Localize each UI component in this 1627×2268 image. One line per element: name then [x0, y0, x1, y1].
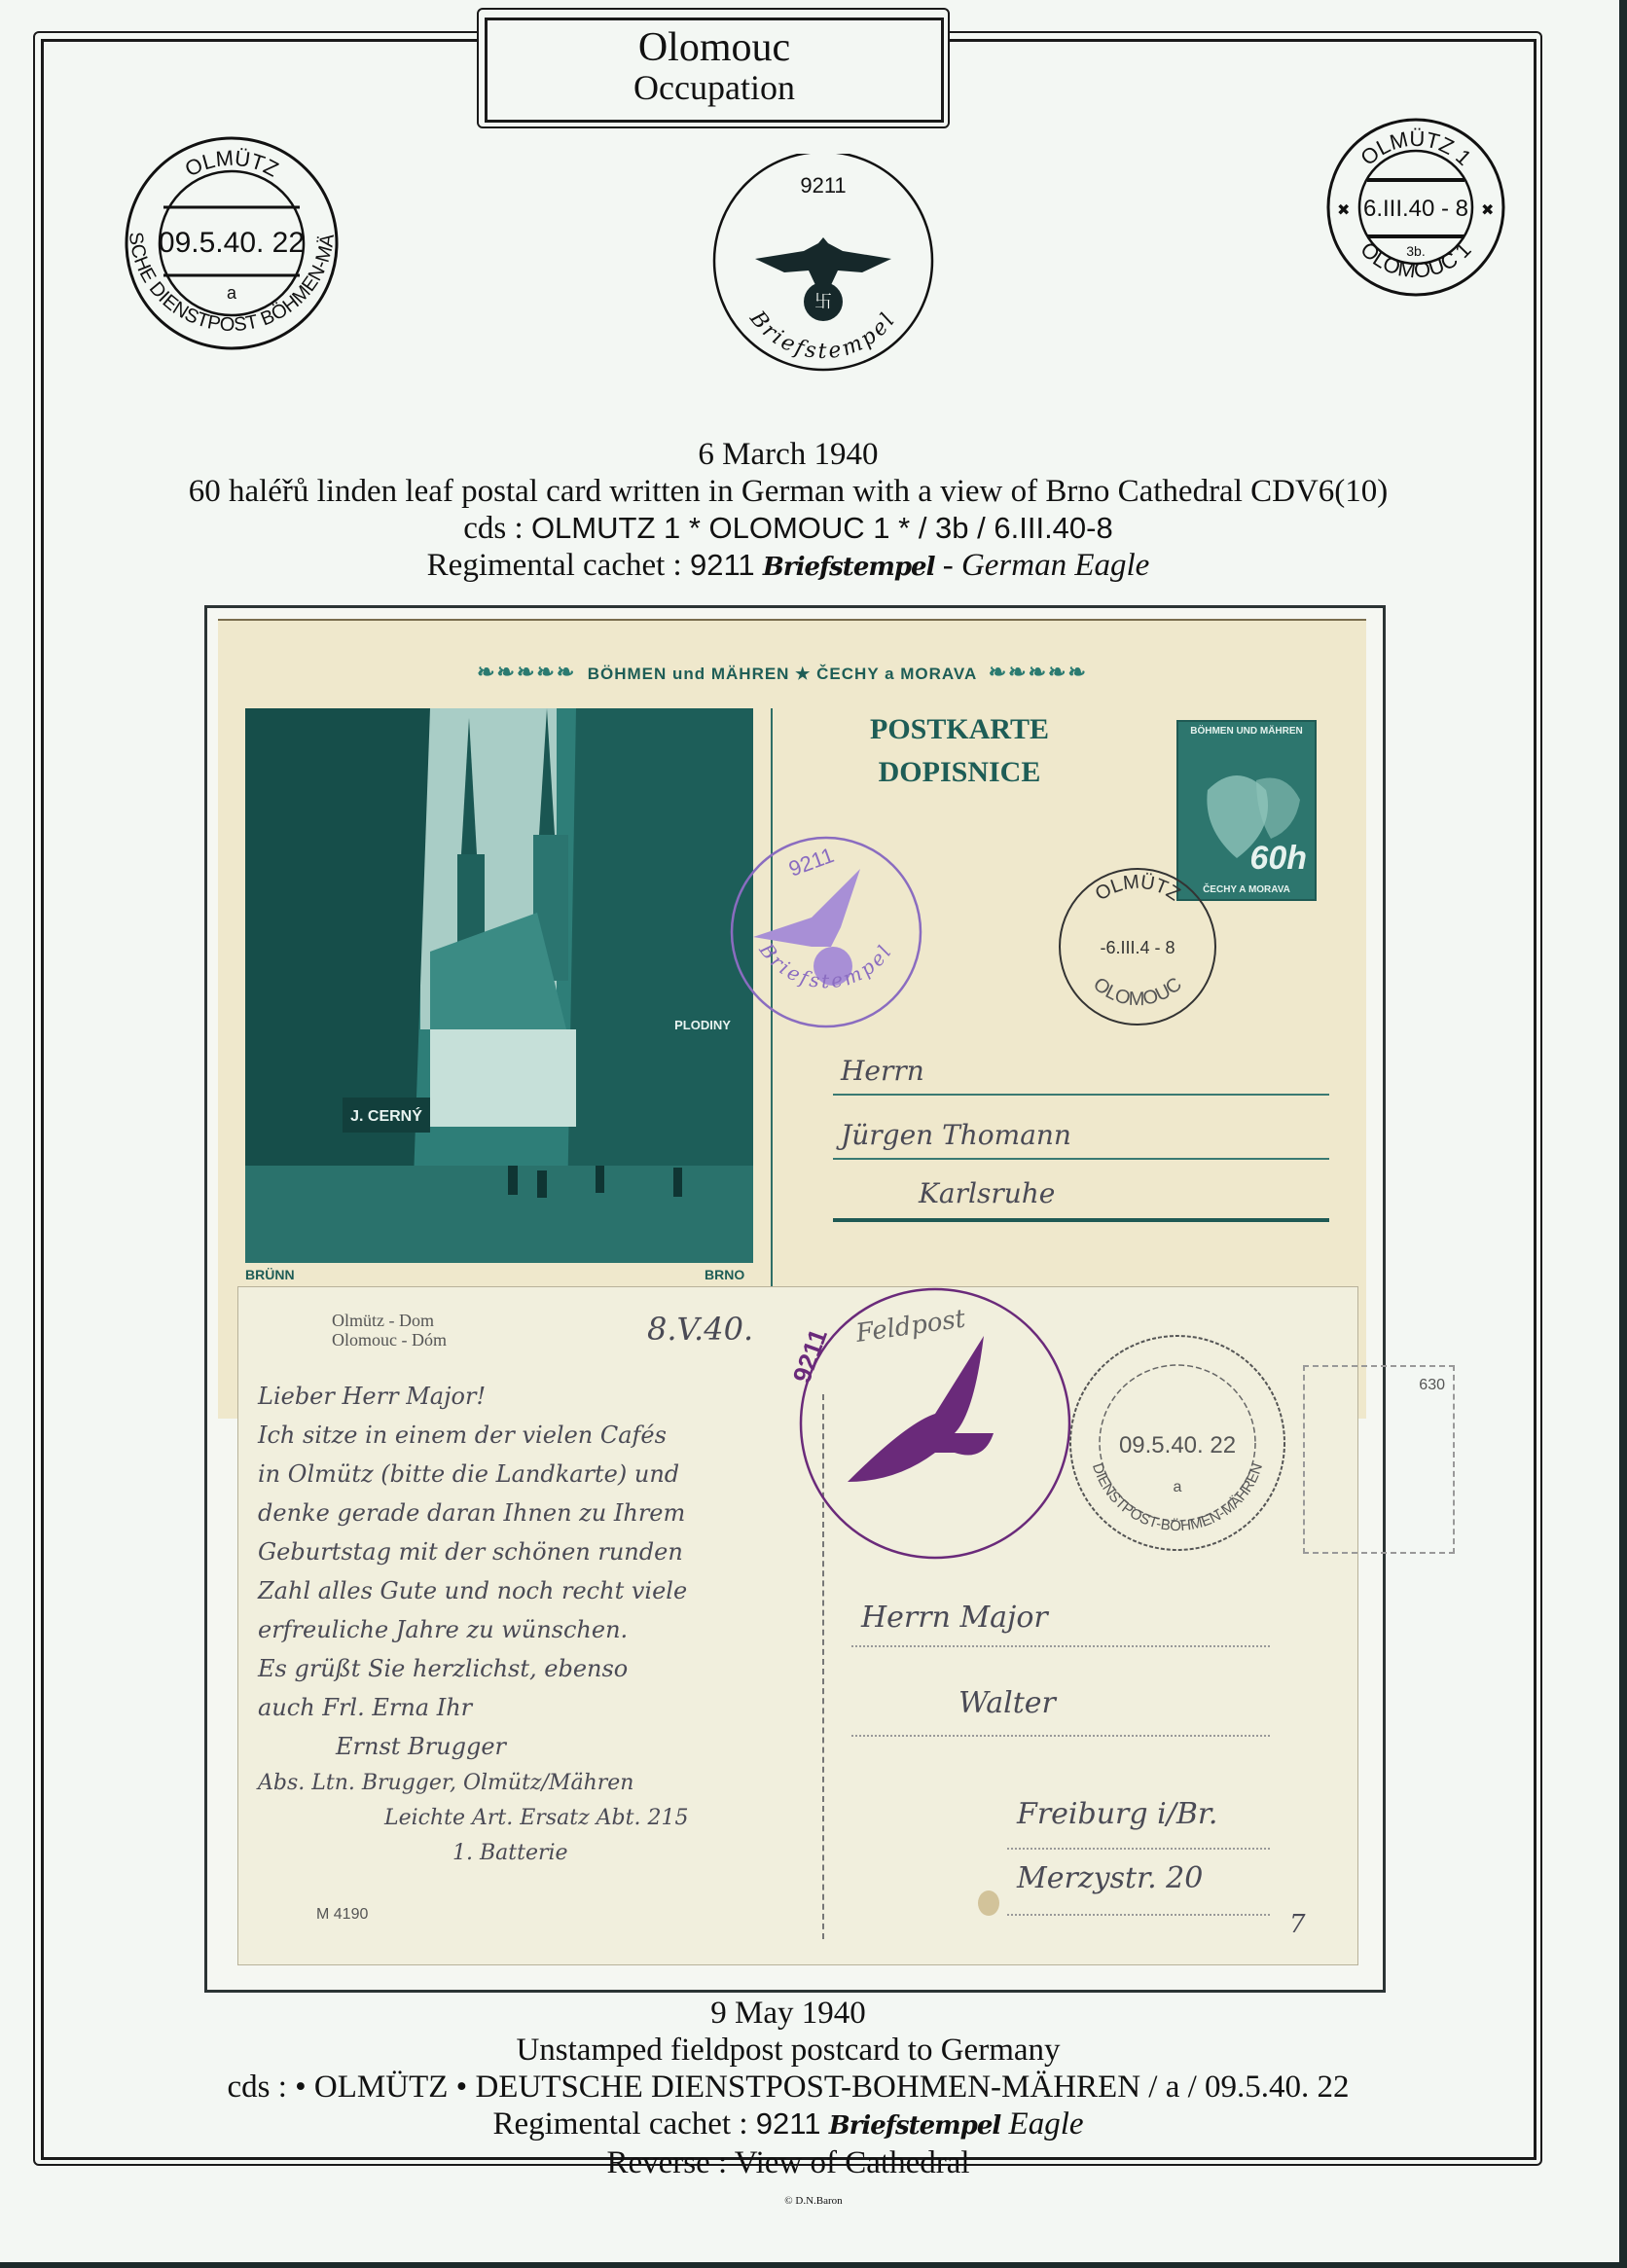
page-edge	[0, 2262, 1627, 2268]
svg-text:09.5.40. 22: 09.5.40. 22	[159, 227, 305, 259]
address-rule	[851, 1735, 1270, 1737]
title-line-1: Olomouc	[488, 26, 941, 69]
caption-description: Unstamped fieldpost postcard to Germany	[58, 2032, 1518, 2069]
message-line: 1. Batterie	[258, 1836, 822, 1871]
caption-cachet: Regimental cachet : 9211 Briefstempel Ea…	[58, 2106, 1518, 2144]
svg-text:-6.III.4 - 8: -6.III.4 - 8	[1100, 938, 1175, 957]
postmark-dienstpost: 09.5.40. 22 a DIENSTPOST-BÖHMEN-MÄHREN	[1061, 1326, 1294, 1560]
cathedral-photo: J. CERNÝ PLODINY	[245, 708, 753, 1263]
svg-text:3b.: 3b.	[1406, 243, 1425, 259]
postmark-illustration-left: OLMÜTZ DEUTSCHE DIENSTPOST BÖHMEN-MÄHREN…	[86, 131, 378, 355]
caption-cds: cds : • OLMÜTZ • DEUTSCHE DIENSTPOST-BOH…	[58, 2069, 1518, 2106]
address-line-4: Merzystr. 20	[1017, 1861, 1203, 1895]
postmark-olmutz-1: OLMÜTZ -6.III.4 - 8 OLOMOUC	[1055, 864, 1220, 1029]
address-rule	[1007, 1848, 1270, 1850]
address-line-3: Freiburg i/Br.	[1017, 1797, 1217, 1831]
svg-text:a: a	[1174, 1479, 1182, 1495]
title-line-2: Occupation	[488, 69, 941, 106]
page-edge	[1619, 0, 1627, 2268]
svg-text:OLMÜTZ: OLMÜTZ	[181, 146, 282, 182]
caption-reverse: Reverse : View of Cathedral	[58, 2144, 1518, 2181]
message-line: Zahl alles Gute und noch recht viele	[258, 1571, 822, 1610]
address-rule	[1007, 1914, 1270, 1916]
address-rule	[833, 1158, 1329, 1160]
caption-description: 60 haléřů linden leaf postal card writte…	[58, 473, 1518, 510]
svg-text:9211: 9211	[789, 1325, 833, 1386]
svg-text:J. CERNÝ: J. CERNÝ	[350, 1106, 422, 1125]
caption-cds: cds : OLMUTZ 1 * OLOMOUC 1 * / 3b / 6.II…	[58, 510, 1518, 547]
address-line-2: Walter	[958, 1686, 1056, 1720]
svg-text:✖: ✖	[1481, 202, 1494, 219]
copyright: © D.N.Baron	[0, 2195, 1627, 2207]
caption-card-2: 9 May 1940 Unstamped fieldpost postcard …	[58, 1995, 1518, 2181]
svg-text:卐: 卐	[814, 292, 832, 312]
cachet-9211-violet: 9211 Briefstempel	[724, 830, 928, 1034]
message-line: Lieber Herr Major!	[258, 1377, 822, 1416]
message-line: erfreuliche Jahre zu wünschen.	[258, 1610, 822, 1649]
svg-text:09.5.40. 22: 09.5.40. 22	[1119, 1432, 1236, 1458]
address-rule	[833, 1094, 1329, 1096]
cachet-9211-purple: 9211 Feldpost	[789, 1287, 1071, 1569]
address-line-1: Herrn Major	[861, 1601, 1048, 1635]
photo-caption-right: BRNO	[705, 1267, 744, 1282]
address-rule	[833, 1218, 1329, 1222]
svg-text:Feldpost: Feldpost	[853, 1304, 968, 1349]
message-line: Geburtstag mit der schönen runden	[258, 1532, 822, 1571]
stamp-placement-box: 630	[1303, 1365, 1455, 1554]
corner-mark: 7	[1289, 1910, 1306, 1939]
print-code: M 4190	[316, 1906, 368, 1924]
cachet-illustration-center: 9211 卐 Briefstempel	[697, 154, 950, 378]
caption-card-1: 6 March 1940 60 haléřů linden leaf posta…	[58, 436, 1518, 586]
svg-text:9211: 9211	[800, 173, 846, 198]
caption-date: 9 May 1940	[58, 1995, 1518, 2032]
address-line-3: Karlsruhe	[919, 1177, 1055, 1209]
svg-text:OLOMOUC: OLOMOUC	[1089, 974, 1186, 1011]
page-title: Olomouc Occupation	[485, 18, 944, 123]
message-line: Es grüßt Sie herzlichst, ebenso	[258, 1649, 822, 1688]
svg-text:9211: 9211	[785, 843, 837, 882]
eagle-icon	[848, 1336, 994, 1482]
address-line-1: Herrn	[841, 1055, 924, 1087]
message-line: Ich sitze in einem der vielen Cafés	[258, 1416, 822, 1455]
card-title: POSTKARTE DOPISNICE	[870, 708, 1049, 794]
fieldpost-postcard: Olmütz - Dom Olomouc - Dóm 8.V.40. Liebe…	[237, 1286, 1358, 1965]
ornament-icon: ❧❧❧❧❧	[477, 660, 576, 684]
postmark-illustration-right: OLMÜTZ 1 OLOMOUC 1 6.III.40 - 8 3b. ✖ ✖	[1314, 112, 1518, 306]
svg-text:a: a	[227, 283, 237, 303]
message-line: auch Frl. Erna Ihr	[258, 1688, 822, 1727]
caption-date: 6 March 1940	[58, 436, 1518, 473]
svg-text:PLODINY: PLODINY	[674, 1018, 731, 1032]
svg-text:✖: ✖	[1337, 202, 1350, 219]
ornament-icon: ❧❧❧❧❧	[989, 660, 1088, 684]
svg-text:OLMÜTZ 1: OLMÜTZ 1	[1356, 126, 1476, 170]
printed-caption: Olmütz - Dom Olomouc - Dóm	[332, 1311, 447, 1350]
message-line: Leichte Art. Ersatz Abt. 215	[258, 1801, 822, 1836]
photo-caption-left: BRÜNN	[245, 1267, 295, 1282]
address-rule	[851, 1645, 1270, 1647]
address-line-2: Jürgen Thomann	[841, 1119, 1071, 1151]
message-line: denke gerade daran Ihnen zu Ihrem	[258, 1494, 822, 1532]
handwritten-message: Lieber Herr Major! Ich sitze in einem de…	[258, 1377, 822, 1871]
message-line: in Olmütz (bitte die Landkarte) und	[258, 1455, 822, 1494]
handwritten-date: 8.V.40.	[647, 1311, 753, 1348]
svg-text:DIENSTPOST-BÖHMEN-MÄHREN: DIENSTPOST-BÖHMEN-MÄHREN	[1089, 1461, 1266, 1534]
svg-text:6.III.40 - 8: 6.III.40 - 8	[1363, 196, 1468, 222]
card-header: ❧❧❧❧❧ BÖHMEN und MÄHREN ★ ČECHY a MORAVA…	[247, 660, 1318, 685]
stain	[978, 1890, 999, 1916]
message-signature: Ernst Brugger	[258, 1727, 822, 1766]
message-line: Abs. Ltn. Brugger, Olmütz/Mähren	[258, 1766, 822, 1801]
caption-cachet: Regimental cachet : 9211 Briefstempel - …	[58, 547, 1518, 586]
